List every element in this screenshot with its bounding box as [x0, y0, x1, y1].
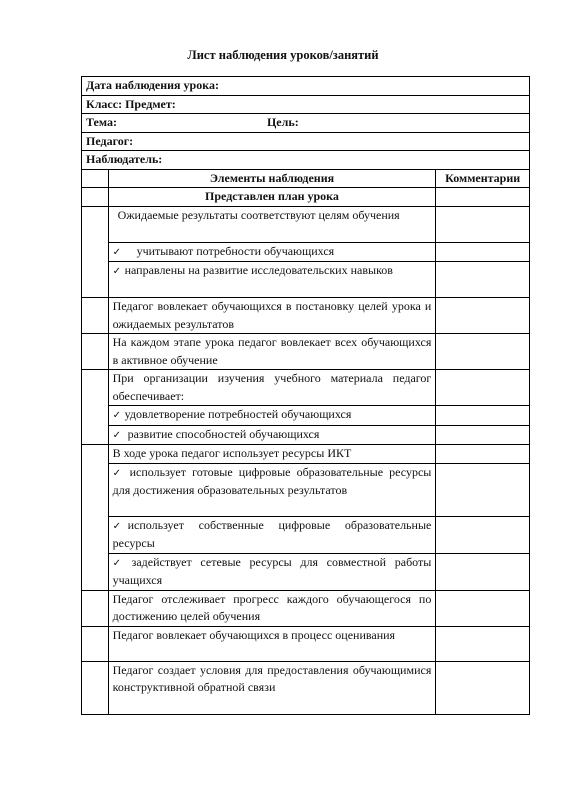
table-row: При организации изучения учебного матери…: [82, 370, 530, 406]
criterion-text: использует собственные цифровые образова…: [113, 518, 432, 551]
check-icon: ✓: [113, 555, 132, 573]
teacher-row: Педагог:: [82, 132, 530, 151]
check-icon: ✓: [113, 263, 125, 281]
comment-cell[interactable]: [436, 425, 530, 445]
check-icon: ✓: [113, 518, 128, 536]
comment-cell[interactable]: [436, 188, 530, 207]
comments-column-header: Комментарии: [436, 169, 530, 188]
class-subject-row: Класс: Предмет:: [82, 95, 530, 114]
table-row: Педагог создает условия для предоставлен…: [82, 661, 530, 714]
comment-cell[interactable]: [436, 463, 530, 516]
comment-cell[interactable]: [436, 590, 530, 626]
section-title-row: Представлен план урока: [82, 188, 530, 207]
comment-cell[interactable]: [436, 242, 530, 262]
table-row: Педагог вовлекает обучающихся в постанов…: [82, 298, 530, 334]
criterion-text: При организации изучения учебного матери…: [108, 370, 436, 406]
comment-cell[interactable]: [436, 661, 530, 714]
class-subject-field-label[interactable]: Класс: Предмет:: [82, 95, 530, 114]
number-cell: [82, 590, 109, 626]
comment-cell[interactable]: [436, 553, 530, 590]
topic-field-label: Тема:: [86, 115, 117, 129]
topic-goal-row: Тема:Цель:: [82, 114, 530, 133]
comment-cell[interactable]: [436, 262, 530, 298]
criterion-text: Педагог вовлекает обучающихся в постанов…: [108, 298, 436, 334]
comment-cell[interactable]: [436, 445, 530, 464]
number-cell: [82, 188, 109, 207]
column-header-row: Элементы наблюдения Комментарии: [82, 169, 530, 188]
criterion-text: Ожидаемые результаты соответствуют целям…: [108, 206, 436, 242]
table-row: Педагог отслеживает прогресс каждого обу…: [82, 590, 530, 626]
number-cell: [82, 298, 109, 334]
number-cell: [82, 626, 109, 661]
number-cell: [82, 206, 109, 298]
criterion-text: удовлетворение потребностей обучающихся: [125, 407, 352, 421]
comment-cell[interactable]: [436, 370, 530, 406]
comment-cell[interactable]: [436, 516, 530, 553]
section-title: Представлен план урока: [108, 188, 436, 207]
criterion-text: Педагог создает условия для предоставлен…: [108, 661, 436, 714]
comment-cell[interactable]: [436, 298, 530, 334]
goal-field-label: Цель:: [267, 114, 299, 132]
check-icon: ✓: [113, 427, 128, 445]
number-cell: [82, 370, 109, 445]
criterion-text: учитывают потребности обучающихся: [137, 244, 335, 258]
criterion-text: В ходе урока педагог использует ресурсы …: [108, 445, 436, 464]
criterion-text: задействует сетевые ресурсы для совместн…: [113, 555, 432, 588]
table-row: ✓использует готовые цифровые образовател…: [82, 463, 530, 516]
table-row: В ходе урока педагог использует ресурсы …: [82, 445, 530, 464]
number-column-header: [82, 169, 109, 188]
date-field-label[interactable]: Дата наблюдения урока:: [82, 77, 530, 96]
table-row: ✓развитие способностей обучающихся: [82, 425, 530, 445]
date-row: Дата наблюдения урока:: [82, 77, 530, 96]
table-row: ✓задействует сетевые ресурсы для совмест…: [82, 553, 530, 590]
criterion-text: использует готовые цифровые образователь…: [113, 465, 432, 498]
table-row: На каждом этапе урока педагог вовлекает …: [82, 334, 530, 370]
table-row: ✓удовлетворение потребностей обучающихся: [82, 406, 530, 426]
comment-cell[interactable]: [436, 406, 530, 426]
document-title: Лист наблюдения уроков/занятий: [0, 48, 566, 63]
table-row: ✓учитывают потребности обучающихся: [82, 242, 530, 262]
criterion-text: Педагог вовлекает обучающихся в процесс …: [108, 626, 436, 661]
check-icon: ✓: [113, 407, 125, 425]
check-icon: ✓: [113, 244, 137, 262]
observation-table: Дата наблюдения урока: Класс: Предмет: Т…: [81, 76, 530, 715]
number-cell: [82, 334, 109, 370]
check-icon: ✓: [113, 465, 130, 483]
number-cell: [82, 445, 109, 591]
table-row: ✓направлены на развитие исследовательски…: [82, 262, 530, 298]
criterion-text: направлены на развитие исследовательских…: [125, 263, 393, 277]
comment-cell[interactable]: [436, 626, 530, 661]
observer-field-label[interactable]: Наблюдатель:: [82, 151, 530, 170]
teacher-field-label[interactable]: Педагог:: [82, 132, 530, 151]
number-cell: [82, 661, 109, 714]
elements-column-header: Элементы наблюдения: [108, 169, 436, 188]
comment-cell[interactable]: [436, 206, 530, 242]
observer-row: Наблюдатель:: [82, 151, 530, 170]
table-row: Ожидаемые результаты соответствуют целям…: [82, 206, 530, 242]
table-row: Педагог вовлекает обучающихся в процесс …: [82, 626, 530, 661]
comment-cell[interactable]: [436, 334, 530, 370]
criterion-text: На каждом этапе урока педагог вовлекает …: [108, 334, 436, 370]
criterion-text: Педагог отслеживает прогресс каждого обу…: [108, 590, 436, 626]
criterion-text: развитие способностей обучающихся: [128, 427, 320, 441]
table-row: ✓использует собственные цифровые образов…: [82, 516, 530, 553]
